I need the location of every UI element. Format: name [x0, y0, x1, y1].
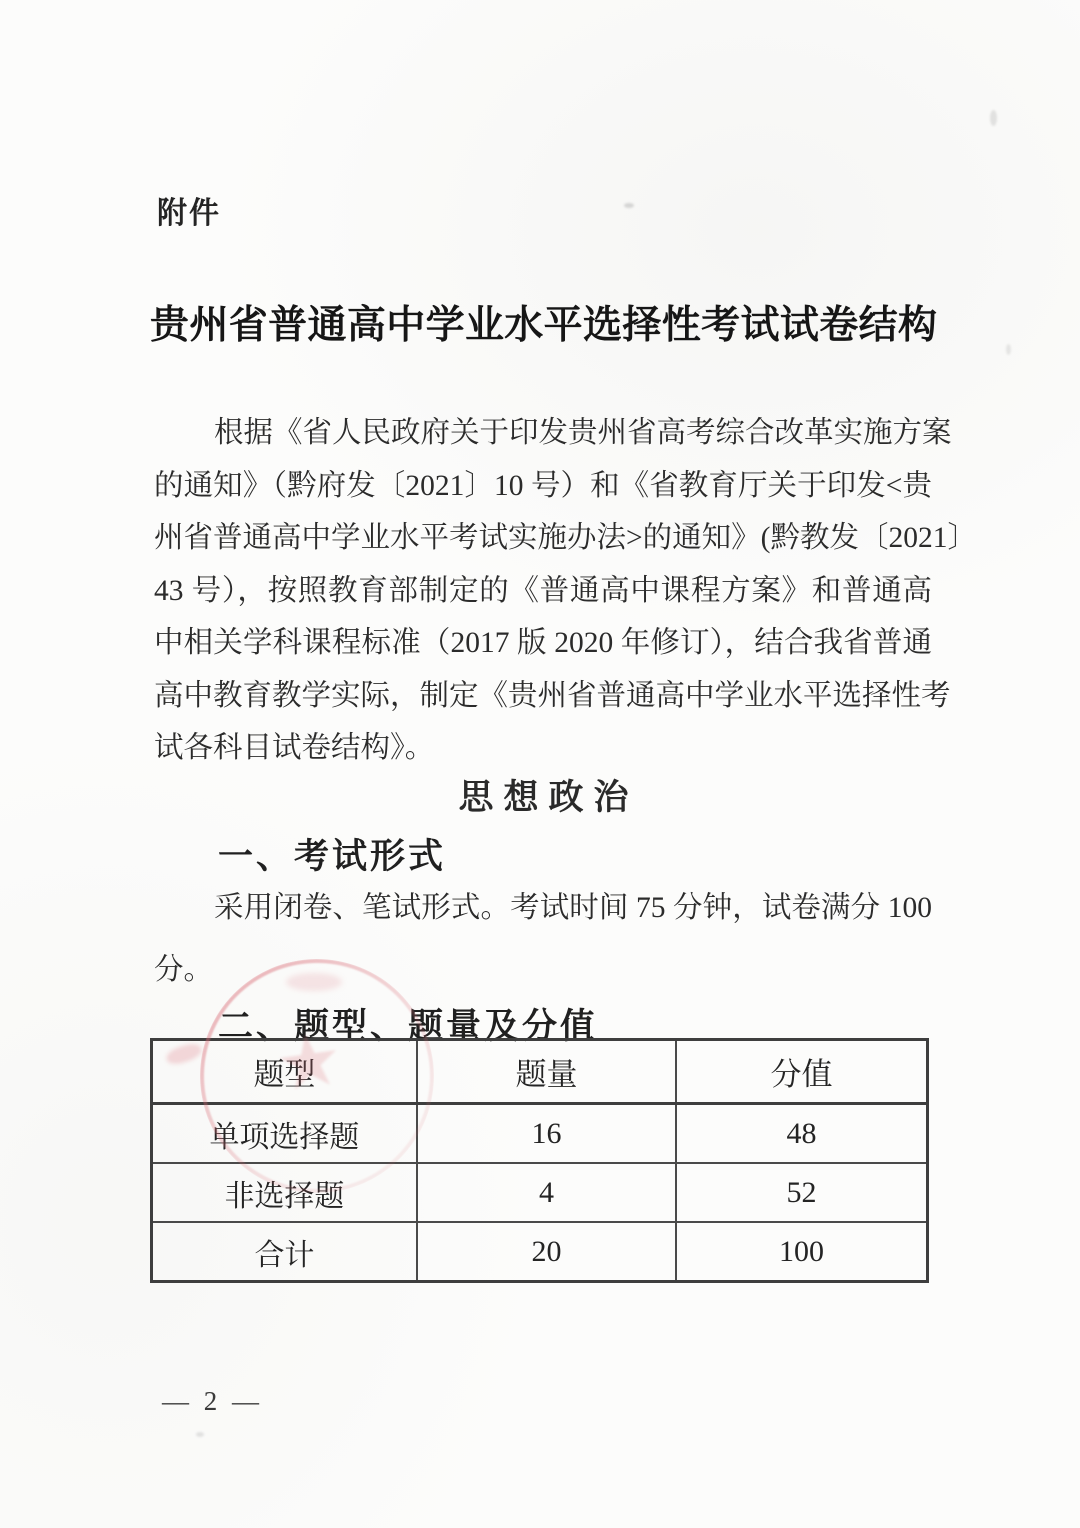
table-cell: 100: [676, 1222, 927, 1282]
intro-line: 高中教育教学实际，制定《贵州省普通高中学业水平选择性考: [154, 670, 932, 723]
scan-speck: [196, 1432, 204, 1437]
section1-text-line1: 采用闭卷、笔试形式。考试时间 75 分钟，试卷满分 100: [154, 884, 932, 926]
table-cell: 合计: [152, 1222, 417, 1282]
seal-ink-smudge: [286, 973, 342, 991]
page-number: — 2 —: [162, 1386, 263, 1417]
section1-heading: 一、考试形式: [218, 829, 446, 879]
table-cell: 4: [417, 1163, 676, 1222]
intro-paragraph: 根据《省人民政府关于印发贵州省高考综合改革实施方案 的通知》（黔府发〔2021〕…: [154, 407, 932, 775]
table-cell: 20: [417, 1222, 676, 1282]
intro-line: 43 号），按照教育部制定的《普通高中课程方案》和普通高: [154, 565, 932, 618]
intro-line: 州省普通高中学业水平考试实施办法>的通知》(黔教发〔2021〕: [154, 512, 932, 565]
table-cell: 48: [676, 1104, 927, 1164]
scan-speck: [1006, 344, 1011, 355]
table-header-question-count: 题量: [417, 1040, 676, 1104]
intro-line: 试各科目试卷结构》。: [154, 722, 932, 775]
table-cell: 52: [676, 1163, 927, 1222]
official-seal-star-icon: ★: [271, 1022, 347, 1105]
table-header-score-value: 分值: [676, 1040, 927, 1104]
section1-text-line2: 分。: [154, 946, 213, 988]
subject-heading: 思想政治: [150, 770, 937, 820]
scanned-document-page: 附件 贵州省普通高中学业水平选择性考试试卷结构 根据《省人民政府关于印发贵州省高…: [0, 0, 1080, 1528]
intro-line: 根据《省人民政府关于印发贵州省高考综合改革实施方案: [154, 407, 932, 460]
document-title: 贵州省普通高中学业水平选择性考试试卷结构: [150, 294, 937, 350]
intro-line: 的通知》（黔府发〔2021〕10 号）和《省教育厅关于印发<贵: [154, 460, 932, 513]
intro-line: 中相关学科课程标准（2017 版 2020 年修订），结合我省普通: [154, 617, 932, 670]
scan-speck: [624, 203, 634, 208]
table-cell: 16: [417, 1104, 676, 1164]
table-row: 合计 20 100: [152, 1222, 928, 1282]
scan-speck: [990, 110, 997, 126]
attachment-label: 附件: [157, 188, 221, 232]
